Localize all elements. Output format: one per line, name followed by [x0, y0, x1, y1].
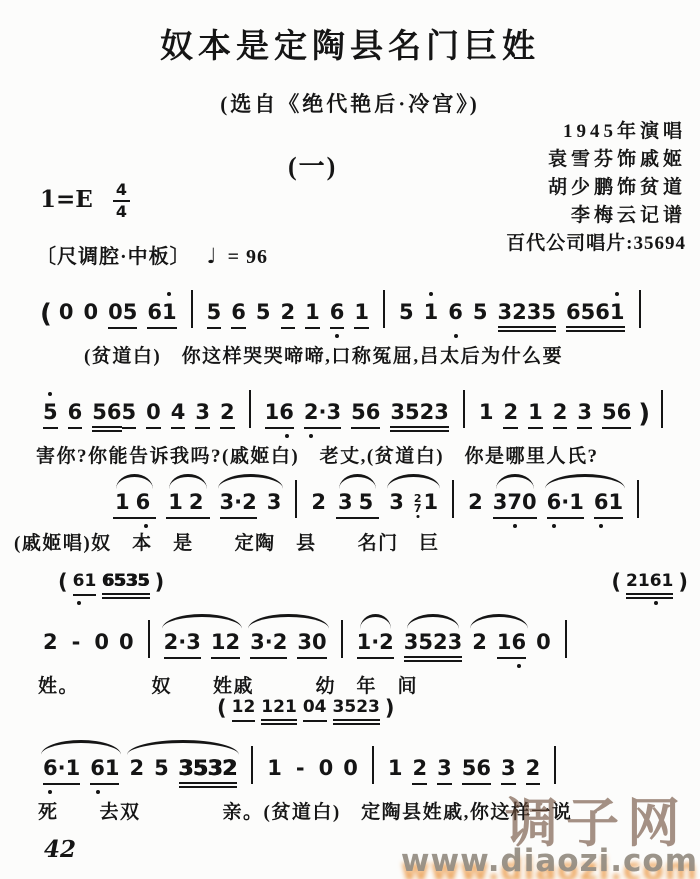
paren: (	[611, 570, 621, 594]
barline	[383, 290, 385, 328]
barline	[452, 480, 454, 518]
note: 61	[147, 299, 176, 329]
barline	[639, 290, 641, 328]
paren: (	[217, 696, 227, 720]
note: 5	[43, 399, 58, 429]
note: 6·1	[43, 755, 80, 785]
note: 3523	[390, 399, 449, 432]
note: 0	[59, 299, 74, 329]
watermark-site-url: www.diaozi.com	[401, 843, 698, 879]
note: 6	[448, 299, 463, 329]
barline	[191, 290, 193, 328]
note: 0	[319, 755, 334, 785]
inserted-figure: (616535)	[56, 570, 166, 599]
paren: )	[678, 570, 688, 594]
note: 12	[166, 489, 209, 519]
note: 0	[146, 399, 161, 429]
note: 3523	[404, 629, 463, 662]
note: 2	[281, 299, 296, 329]
note: 5	[154, 755, 169, 785]
note: 5	[207, 299, 222, 329]
barline	[463, 390, 465, 428]
note: 2	[43, 629, 58, 659]
note: 3	[389, 489, 404, 519]
note: 6	[330, 299, 345, 329]
notes-row: 565650432162·35635231212356)	[0, 372, 700, 432]
music-line-2: 565650432162·35635231212356)害你?你能告诉我吗?(戚…	[0, 372, 700, 468]
slur-group: 216	[467, 629, 531, 659]
note: 3	[195, 399, 210, 429]
score-page: 奴本是定陶县名门巨姓 (选自《绝代艳后·冷宫》) (一) 1=E 4 4 〔尺调…	[0, 0, 700, 879]
inserted-figure: (2161)	[609, 570, 690, 599]
note: 271	[414, 489, 438, 519]
music-line-1: (0005615652161516532356561(贫道白) 你这样哭哭啼啼,…	[0, 272, 700, 368]
barline	[372, 746, 374, 784]
note: 56	[92, 399, 121, 432]
dash-note: -	[296, 756, 305, 780]
inserted-figure: (12121043523)	[215, 696, 397, 725]
notes-row: 2-002·3123·2301·235232160	[0, 602, 700, 662]
music-area: (0005615652161516532356561(贫道白) 你这样哭哭啼啼,…	[0, 0, 700, 879]
note: 3	[267, 489, 282, 519]
note: 3·2	[220, 489, 257, 519]
page-number: 42	[44, 836, 76, 863]
note: 2	[129, 755, 144, 785]
note: 12	[211, 629, 240, 659]
note: 370	[493, 489, 537, 519]
note: 2·3	[304, 399, 341, 429]
note: 2161	[626, 571, 673, 599]
paren: )	[638, 399, 650, 429]
note: 16	[113, 489, 156, 519]
slur-group: 3271	[384, 489, 443, 519]
barline	[295, 480, 297, 518]
lyrics-line-1: (贫道白) 你这样哭哭啼啼,口称冤屈,吕太后为什么要	[0, 341, 700, 368]
note: 16	[265, 399, 294, 429]
barline	[249, 390, 251, 428]
note: 56	[462, 755, 491, 785]
note: 3523	[333, 697, 380, 725]
note: 5	[122, 399, 137, 429]
slur-group: 6·161	[38, 755, 124, 785]
note: 1	[528, 399, 543, 429]
slur-group: 3·23	[215, 489, 287, 519]
note: 0	[343, 755, 358, 785]
note: 1·2	[357, 629, 394, 659]
note: 1	[354, 299, 369, 329]
note: 0	[536, 629, 551, 659]
note: 6	[68, 399, 83, 429]
paren: (	[40, 299, 52, 329]
barline	[148, 620, 150, 658]
note: 35	[336, 489, 379, 519]
note: 16	[497, 629, 526, 659]
note: 3·2	[250, 629, 287, 659]
note: 05	[108, 299, 137, 329]
barline	[565, 620, 567, 658]
paren: )	[385, 696, 395, 720]
note: 3532	[179, 755, 238, 788]
note: 3235	[498, 299, 557, 332]
note: 6561	[566, 299, 625, 332]
note: 3	[577, 399, 592, 429]
note: 6535	[102, 571, 149, 599]
barline	[661, 390, 663, 428]
barline	[637, 480, 639, 518]
note: 4	[171, 399, 186, 429]
paren: (	[58, 570, 68, 594]
note: 2	[553, 399, 568, 429]
notes-row: 6·1612535321-001235632	[0, 728, 700, 788]
note: 56	[351, 399, 380, 429]
note: 2	[503, 399, 518, 429]
note: 5	[473, 299, 488, 329]
note: 61	[90, 755, 119, 785]
note: 6·1	[547, 489, 584, 519]
note: 0	[119, 629, 134, 659]
note: 1	[305, 299, 320, 329]
slur-group: 2·312	[159, 629, 245, 659]
note: 121	[261, 697, 297, 725]
notes-row: 16123·23235327123706·161	[0, 462, 700, 519]
note: 30	[297, 629, 326, 659]
note: 2	[412, 755, 427, 785]
note: 1	[267, 755, 282, 785]
barline	[341, 620, 343, 658]
note: 2	[472, 629, 487, 659]
slur-group: 6·161	[542, 489, 628, 519]
barline	[251, 746, 253, 784]
note: 61	[594, 489, 623, 519]
note: 0	[84, 299, 99, 329]
note: 2	[220, 399, 235, 429]
note: 1	[424, 299, 439, 329]
note: 61	[73, 571, 97, 596]
grace-note: 27	[414, 494, 422, 514]
notes-row: (0005615652161516532356561	[0, 272, 700, 332]
note: 2	[468, 489, 483, 519]
music-line-4: (616535)(2161)2-002·3123·2301·235232160姓…	[0, 566, 700, 698]
note: 1	[479, 399, 494, 429]
note: 3	[437, 755, 452, 785]
note: 2·3	[164, 629, 201, 659]
note: 12	[232, 697, 256, 722]
note: 1	[388, 755, 403, 785]
note: 56	[602, 399, 631, 429]
note: 04	[303, 697, 327, 722]
barline	[554, 746, 556, 784]
slur-group: 3·230	[245, 629, 331, 659]
lyrics-line-3: (戚姬唱)奴 本 是 定陶 县 名门 巨	[0, 528, 700, 555]
note: 5	[399, 299, 414, 329]
note: 2	[311, 489, 326, 519]
paren: )	[155, 570, 165, 594]
annotation-row: (616535)(2161)	[0, 566, 700, 602]
note: 0	[94, 629, 109, 659]
note: 6	[231, 299, 246, 329]
dash-note: -	[72, 630, 81, 654]
slur-group: 253532	[124, 755, 242, 788]
note: 5	[256, 299, 271, 329]
music-line-3: 16123·23235327123706·161(戚姬唱)奴 本 是 定陶 县 …	[0, 462, 700, 555]
annotation-row: (12121043523)	[0, 692, 700, 728]
